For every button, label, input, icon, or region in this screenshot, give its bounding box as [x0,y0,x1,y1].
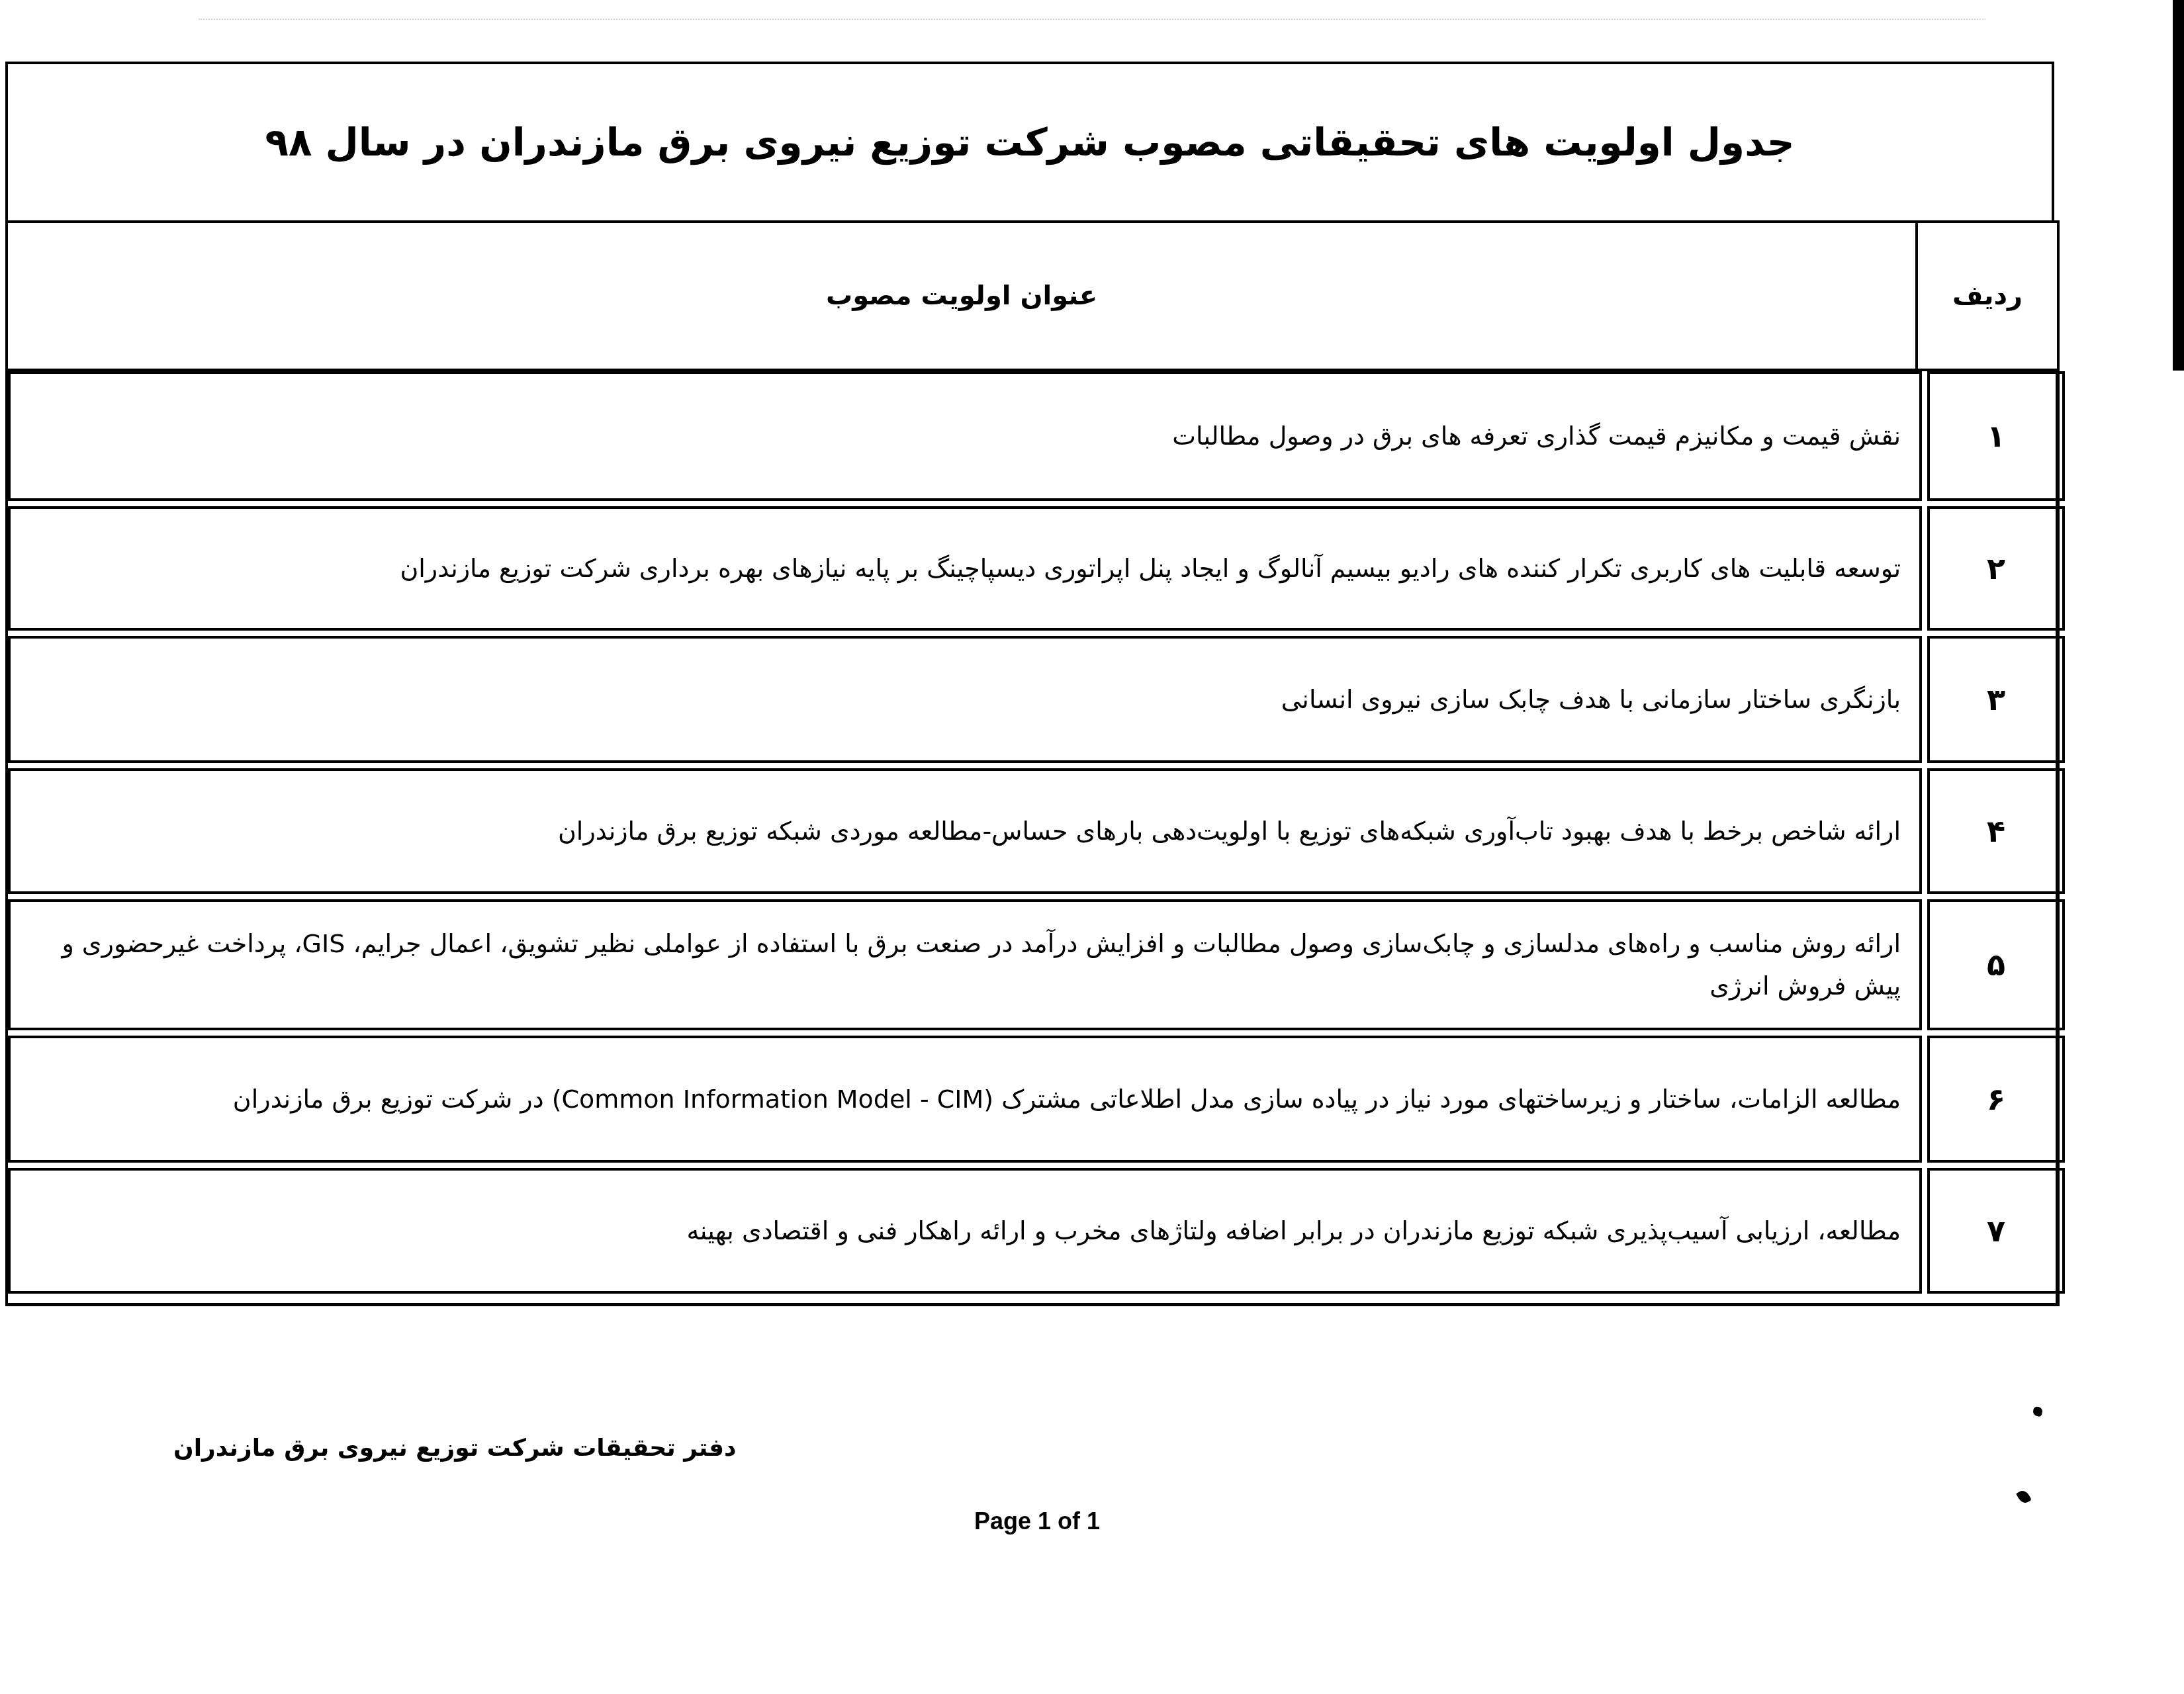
table-row: ۳ بازنگری ساختار سازمانی با هدف چابک ساز… [8,636,2065,763]
row-title: نقش قیمت و مکانیزم قیمت گذاری تعرفه های … [8,371,1922,501]
table-row: ۶ مطالعه الزامات، ساختار و زیرساختهای مو… [8,1036,2065,1163]
title-box: جدول اولویت های تحقیقاتی مصوب شرکت توزیع… [5,62,2054,220]
row-title: توسعه قابلیت های کاربری تکرار کننده های … [8,506,1922,631]
row-title: بازنگری ساختار سازمانی با هدف چابک سازی … [8,636,1922,763]
table-row: ۱ نقش قیمت و مکانیزم قیمت گذاری تعرفه ها… [8,371,2065,501]
scan-edge-bar [2173,0,2184,371]
table-row: ۴ ارائه شاخص برخط با هدف بهبود تاب‌آوری … [8,768,2065,894]
row-number: ۵ [1927,899,2065,1030]
scan-mark [2032,1405,2043,1417]
row-number: ۴ [1927,768,2065,894]
table-body: ۱ نقش قیمت و مکانیزم قیمت گذاری تعرفه ها… [8,371,2065,1299]
page-number: Page 1 of 1 [974,1507,1100,1535]
header-row-number: ردیف [1952,281,2023,311]
table-row: ۵ ارائه روش مناسب و راه‌های مدلسازی و چا… [8,899,2065,1030]
row-title: ارائه روش مناسب و راه‌های مدلسازی و چابک… [8,899,1922,1030]
row-title: مطالعه الزامات، ساختار و زیرساختهای مورد… [8,1036,1922,1163]
scan-mark [2016,1488,2032,1505]
table-frame-bottom [5,1303,2060,1306]
row-title: ارائه شاخص برخط با هدف بهبود تاب‌آوری شب… [8,768,1922,894]
header-title-cell: عنوان اولویت مصوب [8,223,1915,369]
table-header-row: ردیف عنوان اولویت مصوب [5,220,2060,371]
row-number: ۲ [1927,506,2065,631]
table-row: ۷ مطالعه، ارزیابی آسیب‌پذیری شبکه توزیع … [8,1168,2065,1294]
row-number: ۳ [1927,636,2065,763]
document-title: جدول اولویت های تحقیقاتی مصوب شرکت توزیع… [265,120,1795,165]
row-title: مطالعه، ارزیابی آسیب‌پذیری شبکه توزیع ما… [8,1168,1922,1294]
table-row: ۲ توسعه قابلیت های کاربری تکرار کننده ها… [8,506,2065,631]
row-number: ۷ [1927,1168,2065,1294]
header-title: عنوان اولویت مصوب [826,281,1097,311]
scan-artifact [199,19,1985,22]
row-number: ۱ [1927,371,2065,501]
footer-organization: دفتر تحقیقات شرکت توزیع نیروی برق مازندر… [173,1435,736,1462]
header-row-number-cell: ردیف [1915,223,2057,369]
row-number: ۶ [1927,1036,2065,1163]
